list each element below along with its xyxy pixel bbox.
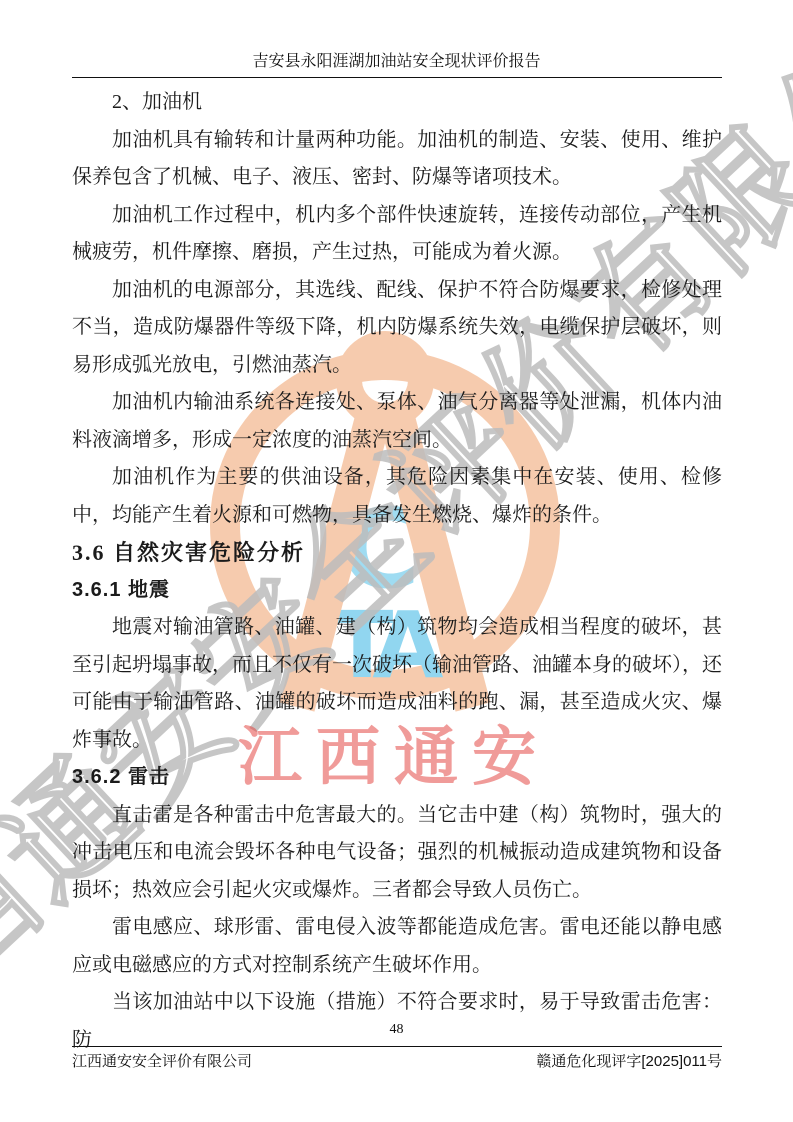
page-number: 48 xyxy=(0,1022,793,1038)
paragraph: 加油机的电源部分，其选线、配线、保护不符合防爆要求，检修处理不当，造成防爆器件等… xyxy=(72,272,722,385)
footer-row: 江西通安安全评价有限公司 赣通危化现评字[2025]011号 xyxy=(72,1051,722,1073)
section-heading-natural-disaster: 3.6 自然灾害危险分析 xyxy=(72,534,722,572)
paragraph: 直击雷是各种雷击中危害最大的。当它击中建（构）筑物时，强大的冲击电压和电流会毁坏… xyxy=(72,797,722,910)
document-body: 2、加油机 加油机具有输转和计量两种功能。加油机的制造、安装、使用、维护保养包含… xyxy=(72,84,722,1059)
footer-doc-number: 赣通危化现评字[2025]011号 xyxy=(536,1051,722,1073)
footer-company-name: 江西通安安全评价有限公司 xyxy=(72,1051,252,1073)
paragraph: 加油机具有输转和计量两种功能。加油机的制造、安装、使用、维护保养包含了机械、电子… xyxy=(72,122,722,197)
paragraph: 加油机内输油系统各连接处、泵体、油气分离器等处泄漏，机体内油料液滴增多，形成一定… xyxy=(72,384,722,459)
paragraph: 加油机工作过程中，机内多个部件快速旋转，连接传动部位，产生机械疲劳，机件摩擦、磨… xyxy=(72,197,722,272)
footer-rule xyxy=(72,1046,722,1047)
paragraph: 加油机作为主要的供油设备，其危险因素集中在安装、使用、检修中，均能产生着火源和可… xyxy=(72,459,722,534)
subsection-heading-lightning: 3.6.2 雷击 xyxy=(72,759,722,797)
paragraph: 雷电感应、球形雷、雷电侵入波等都能造成危害。雷电还能以静电感应或电磁感应的方式对… xyxy=(72,909,722,984)
header-rule xyxy=(72,77,722,78)
list-item-dispenser: 2、加油机 xyxy=(72,84,722,122)
report-header-title: 吉安县永阳涯湖加油站安全现状评价报告 xyxy=(0,50,793,74)
paragraph: 地震对输油管路、油罐、建（构）筑物均会造成相当程度的破坏，甚至引起坍塌事故，而且… xyxy=(72,609,722,759)
document-page: C TA 江西通安安全评价有限公司 江西通安 吉安县永阳涯湖加油站安全现状评价报… xyxy=(0,0,793,1122)
subsection-heading-earthquake: 3.6.1 地震 xyxy=(72,572,722,610)
